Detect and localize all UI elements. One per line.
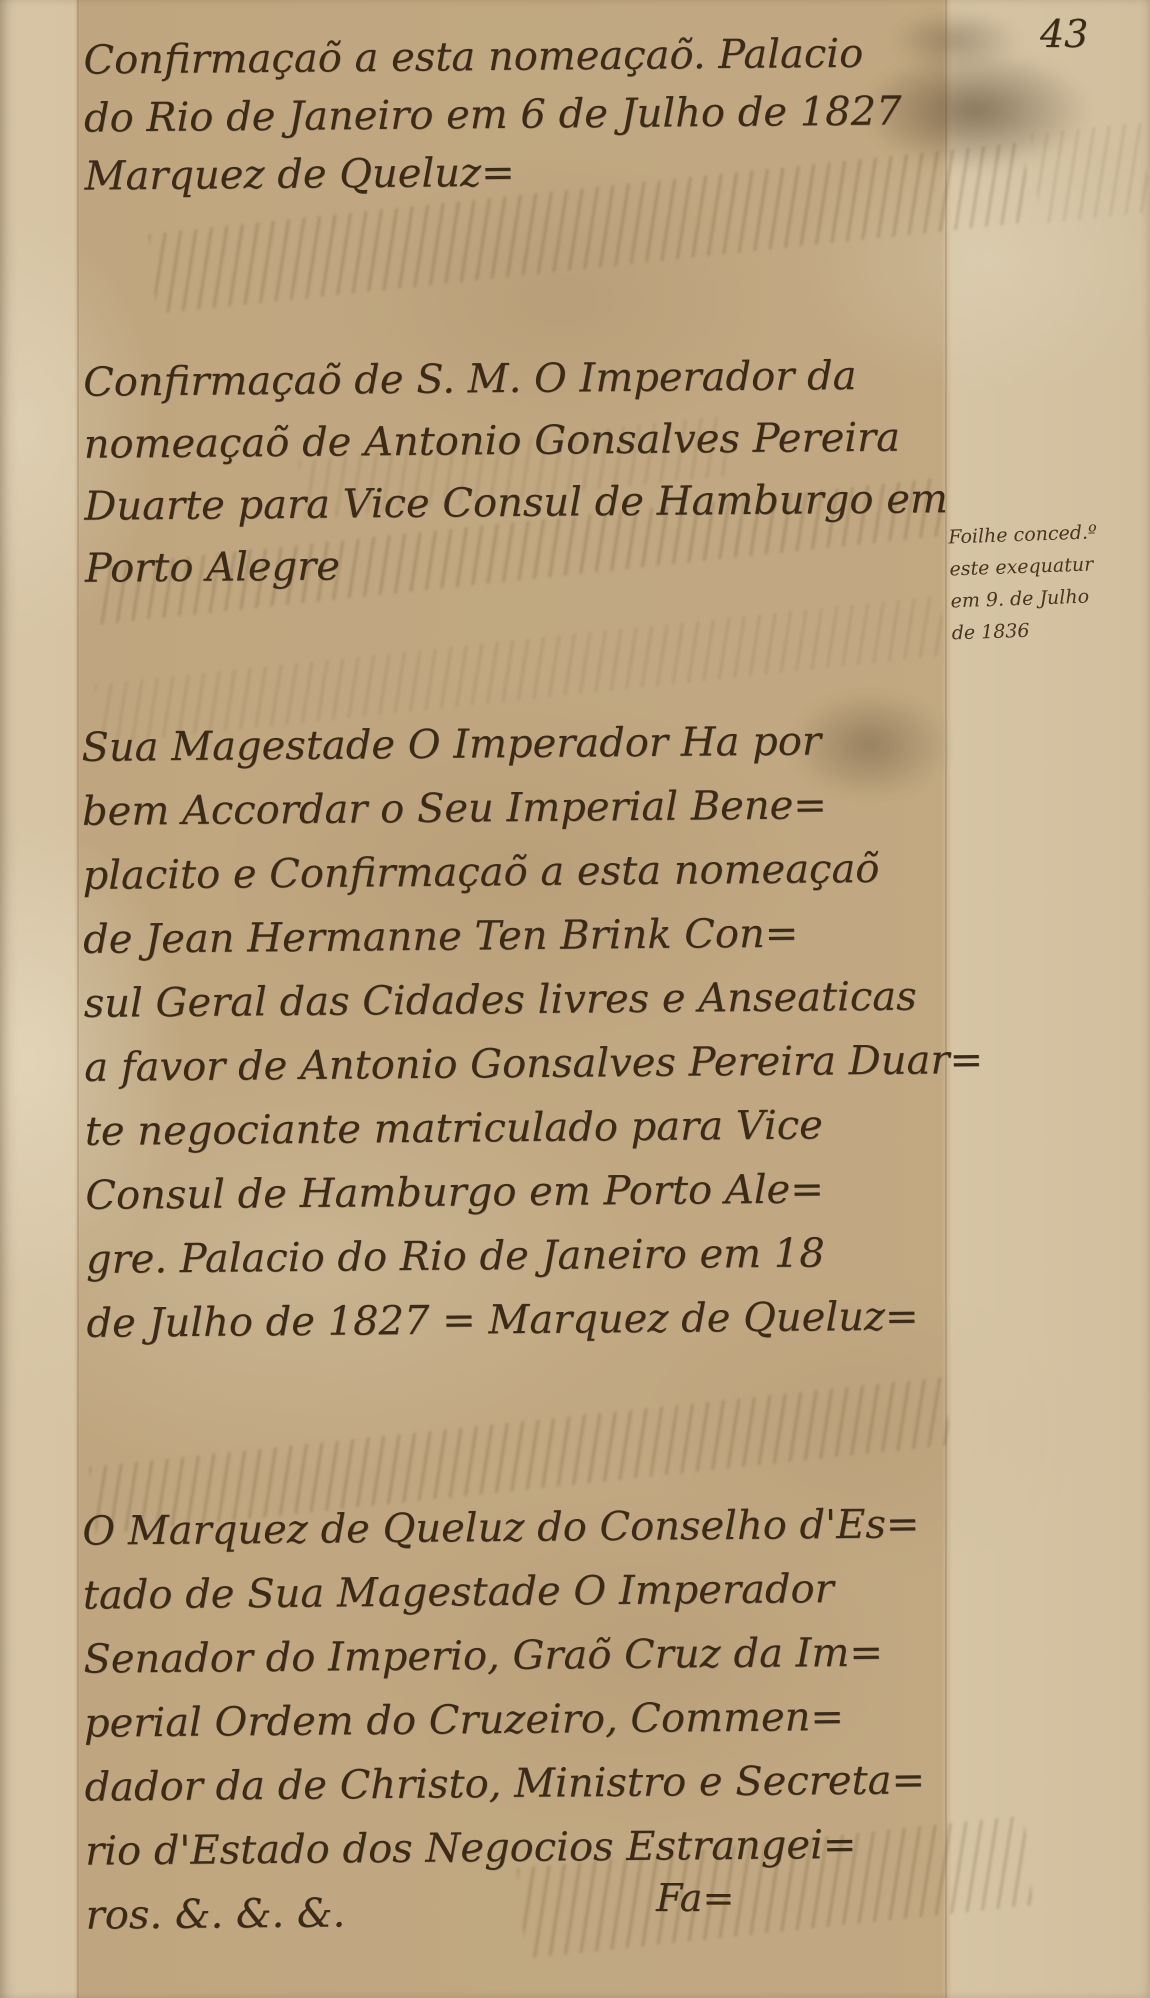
manuscript-line: dador da de Christo, Ministro e Secreta=	[84, 1748, 925, 1819]
manuscript-line: sul Geral das Cidades livres e Anseatica…	[83, 964, 982, 1036]
manuscript-line: perial Ordem do Cruzeiro, Commen=	[84, 1684, 925, 1755]
manuscript-line: te negociante matriculado para Vice	[85, 1092, 984, 1164]
manuscript-line: nomeaçaõ de Antonio Gonsalves Pereira	[83, 406, 947, 476]
manuscript-line: a favor de Antonio Gonsalves Pereira Dua…	[84, 1028, 983, 1100]
manuscript-line: Senador do Imperio, Graõ Cruz da Im=	[83, 1620, 924, 1691]
manuscript-line: bem Accordar o Seu Imperial Bene=	[82, 772, 981, 844]
manuscript-line: de 1836	[951, 611, 1150, 650]
manuscript-line: Consul de Hamburgo em Porto Ale=	[85, 1156, 984, 1228]
manuscript-line: do Rio de Janeiro em 6 de Julho de 1827	[84, 82, 902, 147]
entry-body: Sua Magestade O Imperador Ha porbem Acco…	[81, 708, 985, 1356]
entry-closing-previous: Confirmaçaõ a esta nomeaçaõ. Palaciodo R…	[83, 24, 902, 205]
manuscript-line: de Jean Hermanne Ten Brink Con=	[83, 900, 982, 972]
manuscript-line: de Julho de 1827 = Marquez de Queluz=	[86, 1284, 985, 1356]
manuscript-line: rio d'Estado dos Negocios Estrangei=	[85, 1812, 926, 1883]
manuscript-line: gre. Palacio do Rio de Janeiro em 18	[86, 1220, 985, 1292]
manuscript-line: placito e Confirmaçaõ a esta nomeaçaõ	[82, 836, 981, 908]
manuscript-line: Marquez de Queluz=	[84, 140, 902, 205]
folio-number: 43	[1040, 12, 1088, 56]
ink-blot	[890, 10, 1020, 70]
catchword: Fa=	[656, 1876, 734, 1920]
manuscript-page: 43 Confirmaçaõ a esta nomeaçaõ. Palaciod…	[0, 0, 1150, 1998]
entry-heading: Confirmaçaõ de S. M. O Imperador danomea…	[83, 344, 949, 600]
margin-rule-left	[77, 0, 79, 1998]
manuscript-line: Duarte para Vice Consul de Hamburgo em	[84, 468, 948, 538]
margin-note-exequatur: Foilhe conced.ºeste exequaturem 9. de Ju…	[948, 515, 1150, 650]
manuscript-line: Porto Alegre	[85, 530, 949, 600]
entry-signatory-titles: O Marquez de Queluz do Conselho d'Es=tad…	[82, 1492, 926, 1947]
manuscript-line: ros. &. &. &.	[85, 1876, 926, 1947]
manuscript-line: Confirmaçaõ de S. M. O Imperador da	[83, 344, 947, 414]
manuscript-line: Sua Magestade O Imperador Ha por	[81, 708, 980, 780]
manuscript-line: Confirmaçaõ a esta nomeaçaõ. Palacio	[83, 24, 901, 89]
manuscript-line: tado de Sua Magestade O Imperador	[83, 1556, 924, 1627]
manuscript-line: O Marquez de Queluz do Conselho d'Es=	[82, 1492, 923, 1563]
